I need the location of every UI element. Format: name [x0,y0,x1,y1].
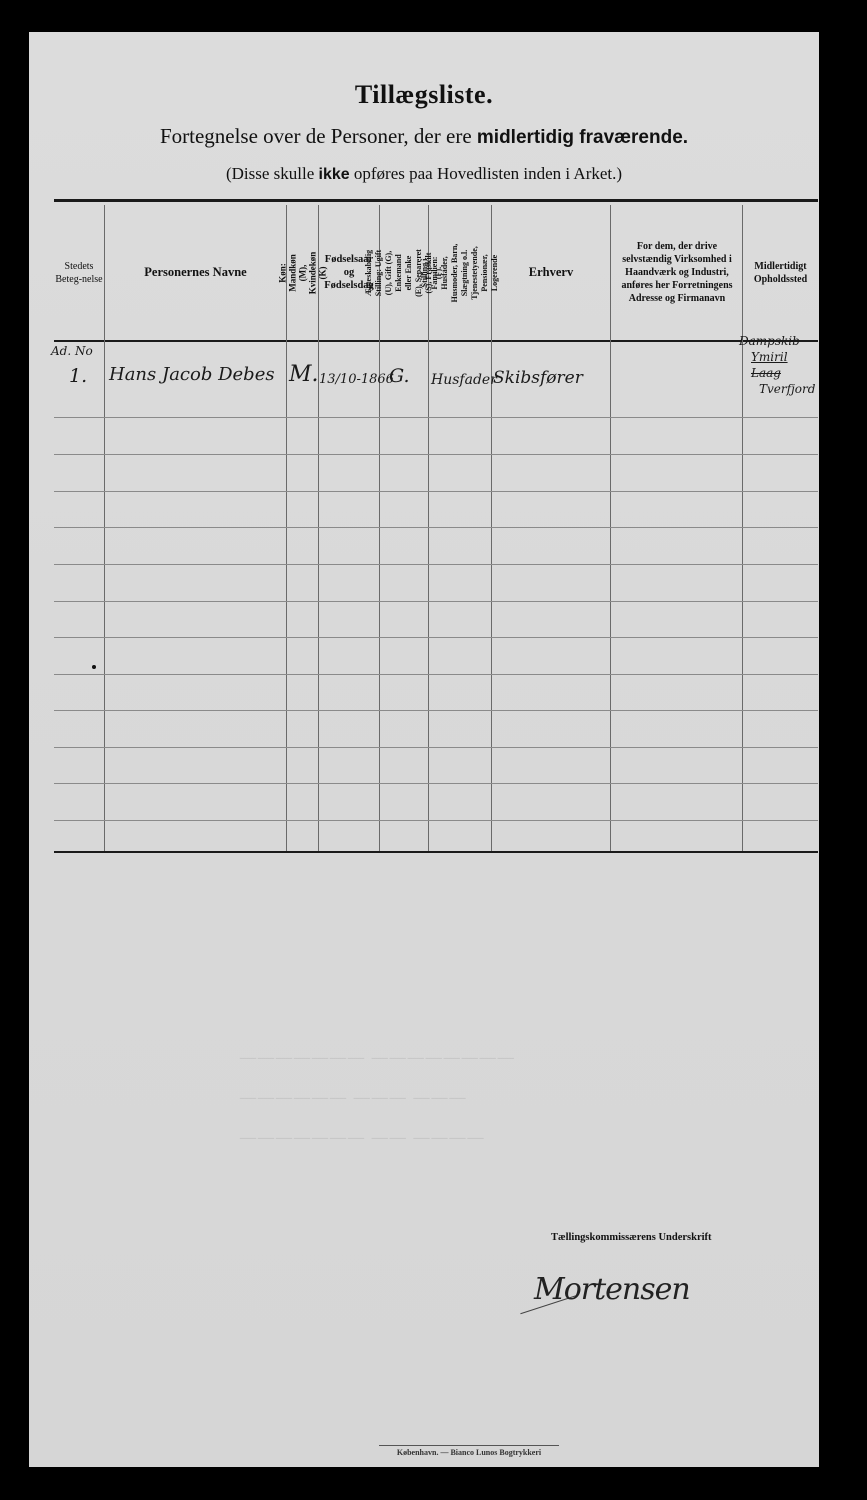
row-divider [54,601,818,602]
census-form-page: Tillægsliste. Fortegnelse over de Person… [29,32,819,1467]
subtitle-emphasis: midlertidig fraværende. [477,127,688,148]
header-virksomhed: For dem, der drive selvstændig Virksomhe… [619,205,735,340]
table-bottom-rule [54,851,818,853]
table-top-rule [54,199,818,202]
subtitle-text: Fortegnelse over de Personer, der ere [160,124,477,148]
ink-dot [92,665,96,669]
row-divider [54,454,818,455]
column-divider [610,205,611,851]
note-emphasis: ikke [319,166,350,183]
cell-erhverv: Skibsfører [493,368,583,388]
form-note: (Disse skulle ikke opføres paa Hovedlist… [29,164,819,184]
bleed-through-text: ——————— ———————— [239,1047,515,1068]
header-kon: Køn: Mandkøn (M), Kvindekøn (K) [287,205,318,340]
cell-aegteskab: G. [389,365,410,387]
cell-opholdssted-line1: Dampskib [739,334,800,348]
signature: Mortensen [534,1272,690,1307]
printer-imprint: København. — Bianco Lunos Bogtrykkeri [379,1445,559,1457]
cell-fodsel: 13/10-1866 [319,372,394,387]
row-divider [54,637,818,638]
cell-opholdssted-struck: Laag [751,366,781,380]
cell-opholdssted-line4: Tverfjord [759,382,815,396]
header-erhverv: Erhverv [492,205,610,340]
bleed-through-text: ——————— —— ———— [239,1127,484,1148]
row-divider [54,527,818,528]
row-divider [54,564,818,565]
cell-kon: M. [289,362,319,387]
header-stedets-betegnelse: Stedets Beteg-nelse [54,205,104,340]
form-title: Tillægsliste. [29,80,819,110]
row-divider [54,710,818,711]
row-divider [54,747,818,748]
row-divider [54,491,818,492]
header-personernes-navne: Personernes Navne [105,205,286,340]
cell-familie: Husfader [431,372,497,388]
signature-label: Tællingskommissærens Underskrift [551,1232,712,1243]
bleed-through-text: —————— ——— ——— [239,1087,466,1108]
cell-navn: Hans Jacob Debes [109,364,275,385]
note-prefix: (Disse skulle [226,164,319,183]
header-midlertidigt-opholdssted: Midlertidigt Opholdssted [743,205,818,340]
cell-sted-line1: Ad. No [51,344,93,358]
cell-sted-line2: 1. [69,365,87,387]
row-divider [54,820,818,821]
cell-opholdssted-line2: Ymiril [751,350,788,364]
row-divider [54,417,818,418]
header-bottom-rule [54,340,818,342]
header-stilling-i-familien: Stilling i Familien: Husfader, Husmoder,… [429,205,491,340]
note-suffix: opføres paa Hovedlisten inden i Arket.) [350,164,622,183]
row-divider [54,783,818,784]
form-subtitle: Fortegnelse over de Personer, der ere mi… [29,124,819,149]
header-familie-text: Stilling i Familien: Husfader, Husmoder,… [420,242,500,304]
row-divider [54,674,818,675]
